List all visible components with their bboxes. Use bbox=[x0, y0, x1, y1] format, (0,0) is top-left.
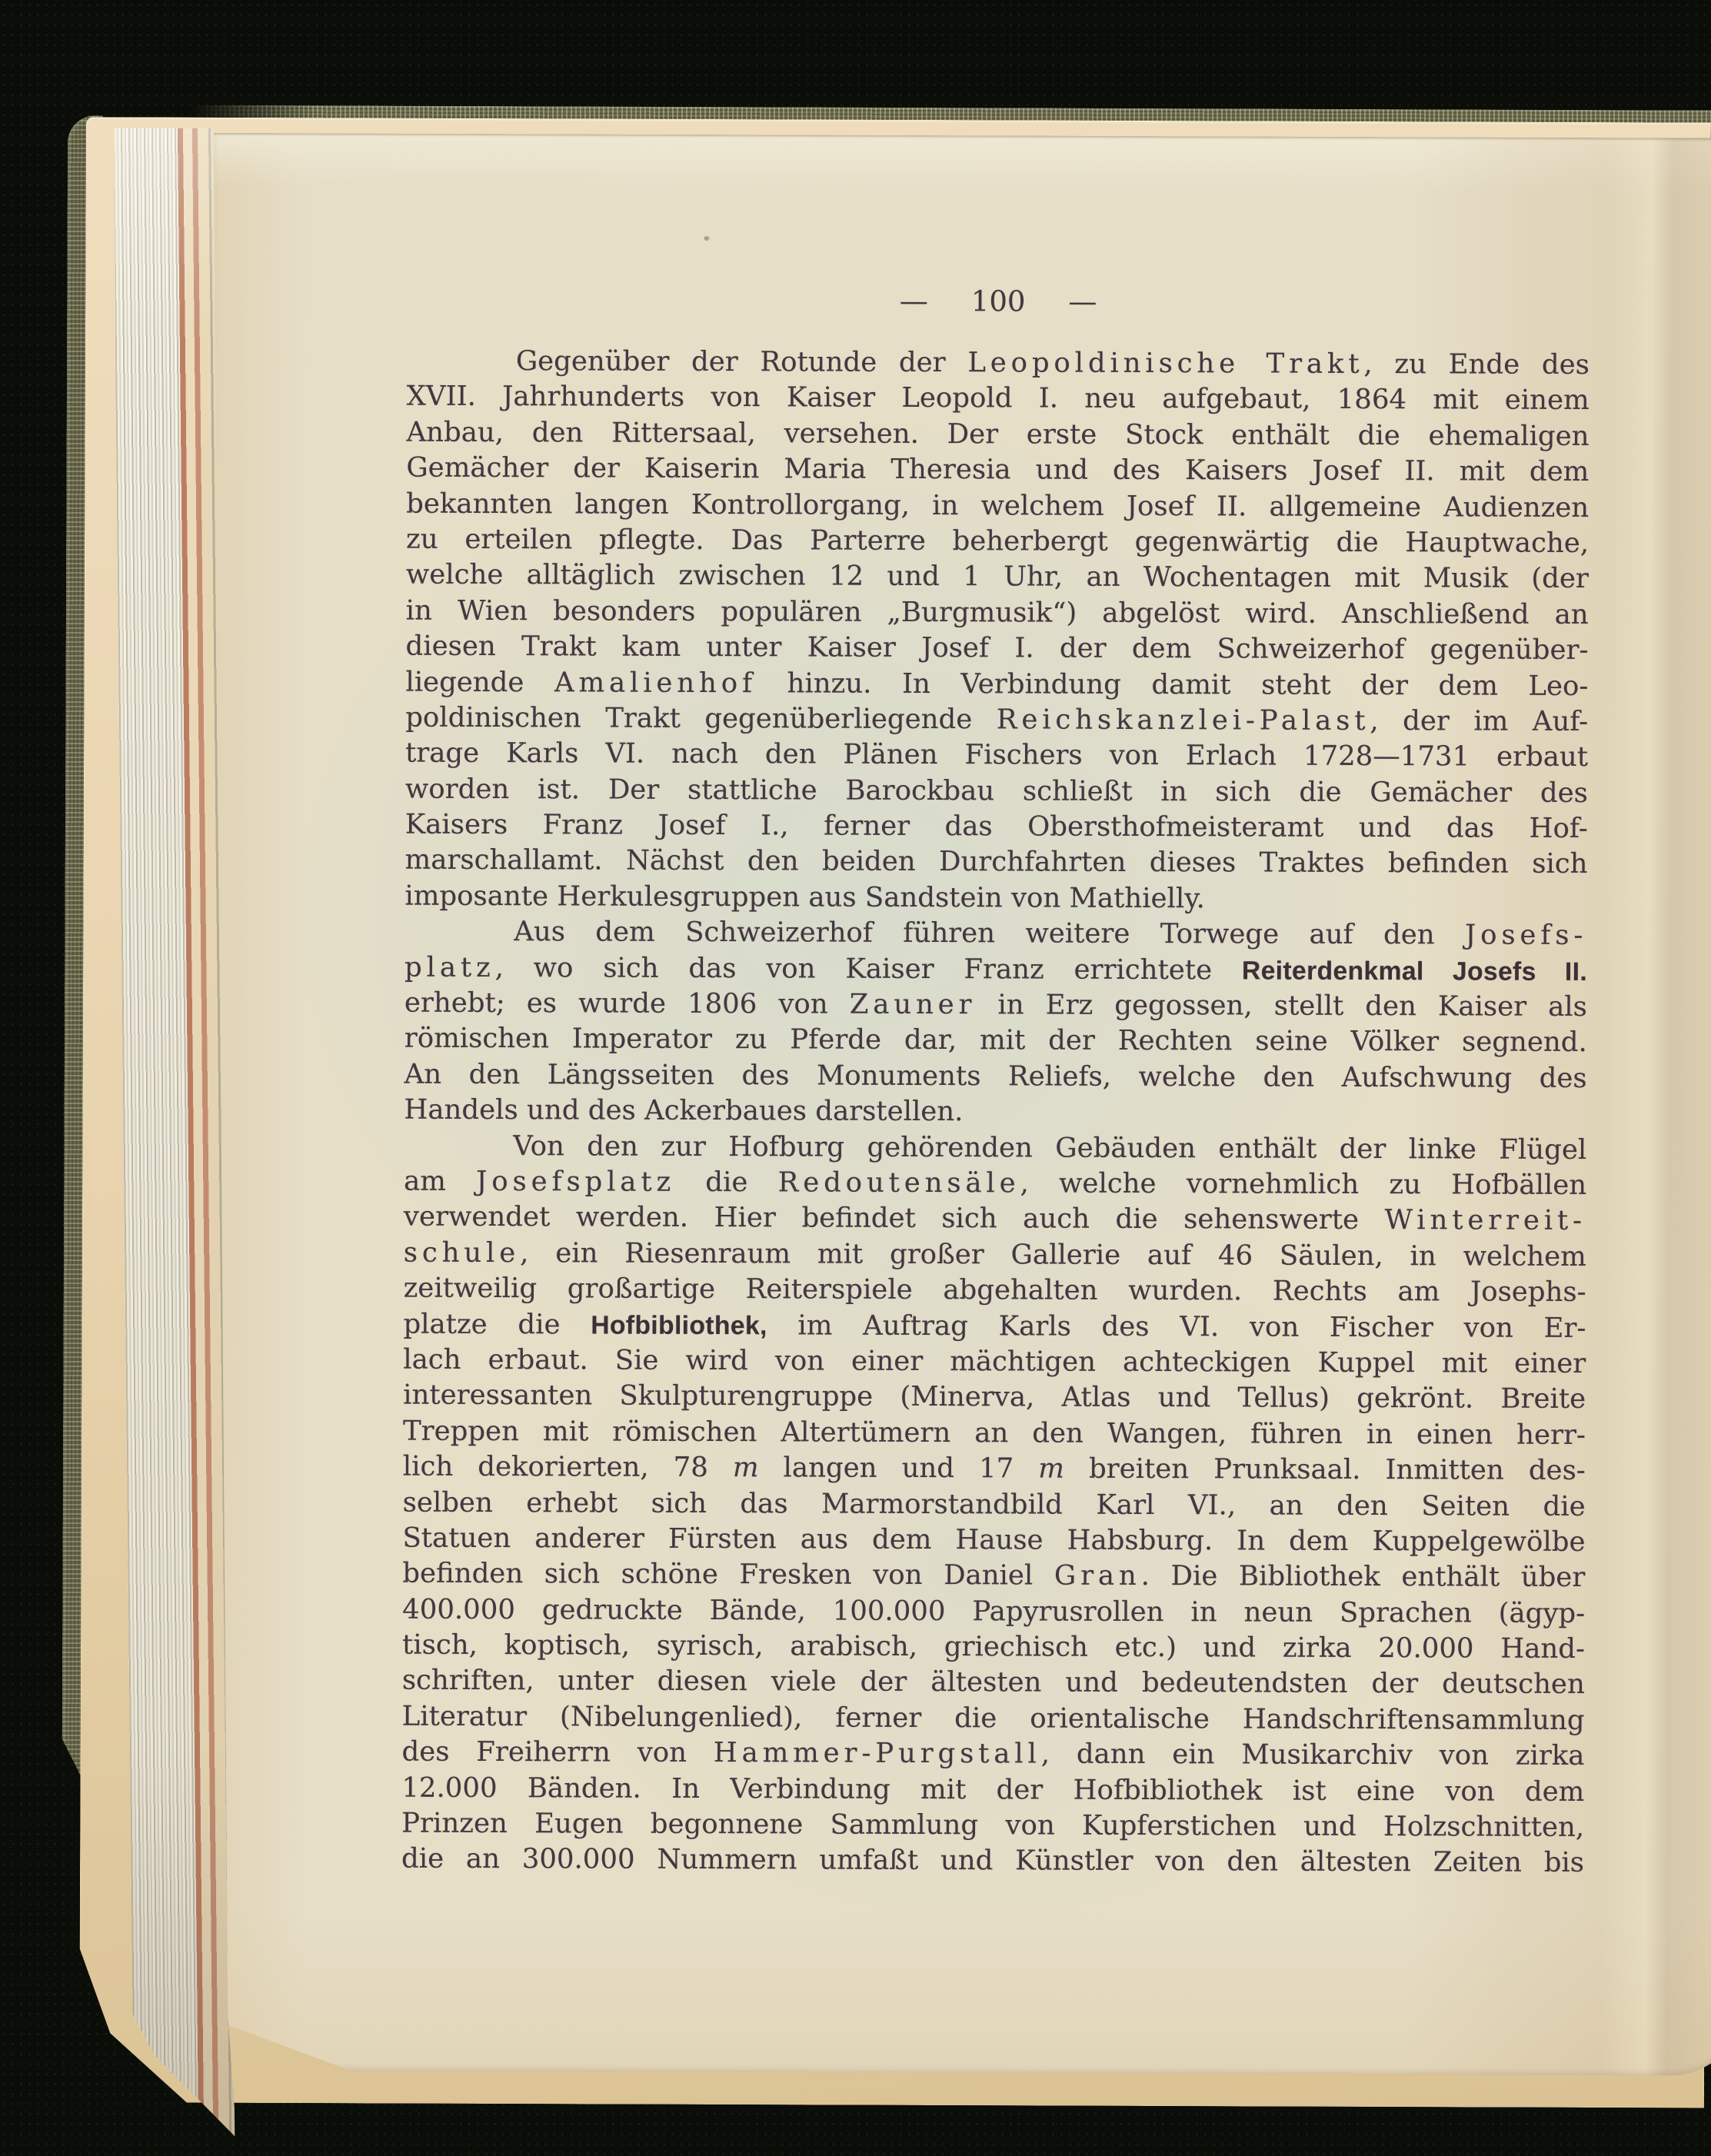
text-line: platze die Hofbibliothek, im Auftrag Kar… bbox=[403, 1306, 1586, 1346]
text-line: XVII. Jahrhunderts von Kaiser Leopold I.… bbox=[407, 379, 1589, 419]
text-line: zeitweilig großartige Reiterspiele abgeh… bbox=[404, 1271, 1586, 1311]
text-line: diesen Trakt kam unter Kaiser Josef I. d… bbox=[405, 629, 1588, 669]
page-number-dash-right: — bbox=[1068, 284, 1097, 318]
letterspaced-text: Zauner bbox=[850, 989, 977, 1021]
body-text: selben erhebt sich das Marmorstandbild K… bbox=[403, 1486, 1586, 1522]
text-line: Anbau, den Rittersaal, versehen. Der ers… bbox=[406, 414, 1589, 454]
body-text: des Freiherrn von bbox=[401, 1736, 713, 1768]
text-line: interessanten Skulpturengruppe (Minerva,… bbox=[403, 1378, 1586, 1418]
text-line: trage Karls VI. nach den Plänen Fischers… bbox=[405, 736, 1588, 776]
body-text: . Die Bibliothek enthält über bbox=[1141, 1560, 1586, 1593]
text-line: Gemächer der Kaiserin Maria Theresia und… bbox=[406, 451, 1589, 491]
page-number-dash-left: — bbox=[900, 284, 928, 317]
text-line: Kaisers Franz Josef I., ferner das Obers… bbox=[405, 807, 1588, 847]
body-text: XVII. Jahrhunderts von Kaiser Leopold I.… bbox=[407, 381, 1589, 416]
body-text: die bbox=[675, 1166, 778, 1198]
letterspaced-text: Winterreit- bbox=[1385, 1204, 1587, 1236]
text-body: Gegenüber der Rotunde der Leopoldinische… bbox=[401, 344, 1589, 1882]
text-line: schriften, unter diesen viele der ältest… bbox=[402, 1663, 1585, 1703]
text-line: erhebt; es wurde 1806 von Zauner in Erz … bbox=[404, 986, 1587, 1026]
body-text: worden ist. Der stattliche Barockbau sch… bbox=[405, 773, 1588, 808]
body-text: marschallamt. Nächst den beiden Durchfah… bbox=[405, 844, 1588, 880]
text-line: befinden sich schöne Fresken von Daniel … bbox=[402, 1556, 1585, 1596]
body-text: Gemächer der Kaiserin Maria Theresia und… bbox=[406, 452, 1589, 487]
text-line: liegende Amalienhof hinzu. In Verbindung… bbox=[405, 664, 1588, 704]
body-text: Handels und des Ackerbaues darstellen. bbox=[404, 1094, 963, 1128]
text-line: am Josefsplatz die Redoutensäle, welche … bbox=[404, 1164, 1586, 1204]
text-line: welche alltäglich zwischen 12 und 1 Uhr,… bbox=[406, 557, 1589, 597]
letterspaced-text: Amalienhof bbox=[554, 667, 757, 699]
text-line: tisch, koptisch, syrisch, arabisch, grie… bbox=[402, 1628, 1585, 1668]
body-text: schriften, unter diesen viele der ältest… bbox=[402, 1665, 1585, 1700]
body-text: , dann ein Musikarchiv von zirka bbox=[1041, 1738, 1585, 1772]
body-text: poldinischen Trakt gegenüberliegende bbox=[405, 702, 997, 736]
body-text: trage Karls VI. nach den Plänen Fischers… bbox=[405, 737, 1588, 773]
text-line: des Freiherrn von Hammer-Purgstall, dann… bbox=[401, 1735, 1584, 1775]
body-text: lich dekorierten, 78 bbox=[403, 1451, 733, 1483]
book-page: — 100 — Gegenüber der Rotunde der Leopol… bbox=[205, 133, 1711, 2076]
text-line: 12.000 Bänden. In Verbindung mit der Hof… bbox=[401, 1770, 1584, 1810]
letterspaced-text: Josefs- bbox=[1465, 920, 1587, 952]
body-text: verwendet werden. Hier befindet sich auc… bbox=[404, 1201, 1385, 1236]
text-line: Statuen anderer Fürsten aus dem Hause Ha… bbox=[402, 1521, 1585, 1561]
text-line: schule, ein Riesenraum mit großer Galler… bbox=[404, 1235, 1586, 1275]
text-line: die an 300.000 Nummern umfaßt und Künstl… bbox=[401, 1842, 1584, 1882]
bold-sans-text: Hofbibliothek, bbox=[591, 1310, 767, 1340]
text-line: Prinzen Eugen begonnene Sammlung von Kup… bbox=[401, 1806, 1584, 1846]
book: — 100 — Gegenüber der Rotunde der Leopol… bbox=[0, 0, 1711, 2156]
body-text: diesen Trakt kam unter Kaiser Josef I. d… bbox=[405, 630, 1588, 666]
text-line: Gegenüber der Rotunde der Leopoldinische… bbox=[407, 344, 1589, 384]
body-text: tisch, koptisch, syrisch, arabisch, grie… bbox=[402, 1629, 1585, 1665]
text-line: marschallamt. Nächst den beiden Durchfah… bbox=[405, 843, 1588, 883]
body-text: Prinzen Eugen begonnene Sammlung von Kup… bbox=[401, 1808, 1584, 1843]
text-line: lach erbaut. Sie wird von einer mächtige… bbox=[403, 1343, 1586, 1382]
letterspaced-text: Hammer-Purgstall bbox=[714, 1737, 1041, 1769]
body-text: am bbox=[404, 1166, 476, 1197]
body-text: langen und 17 bbox=[758, 1452, 1038, 1484]
italic-text: m bbox=[733, 1452, 759, 1483]
text-line: platz, wo sich das von Kaiser Franz erri… bbox=[404, 950, 1587, 990]
body-text: imposante Herkulesgruppen aus Sandstein … bbox=[404, 880, 1205, 914]
text-line: lich dekorierten, 78 m langen und 17 m b… bbox=[403, 1449, 1586, 1489]
italic-text: m bbox=[1038, 1453, 1064, 1485]
body-text: bekannten langen Kontrollorgang, in welc… bbox=[406, 487, 1589, 523]
body-text: Von den zur Hofburg gehörenden Gebäuden … bbox=[513, 1130, 1586, 1166]
body-text: Kaisers Franz Josef I., ferner das Obers… bbox=[405, 809, 1588, 844]
letterspaced-text: Josefsplatz bbox=[476, 1166, 675, 1198]
text-line: Handels und des Ackerbaues darstellen. bbox=[404, 1093, 1586, 1133]
text-line: poldinischen Trakt gegenüberliegende Rei… bbox=[405, 700, 1588, 740]
letterspaced-text: Redoutensäle bbox=[778, 1166, 1020, 1199]
letterspaced-text: Gran bbox=[1054, 1560, 1141, 1592]
letterspaced-text: schule bbox=[404, 1236, 520, 1269]
body-text: im Auftrag Karls des VI. von Fischer von… bbox=[767, 1309, 1586, 1344]
text-line: Aus dem Schweizerhof führen weitere Torw… bbox=[404, 914, 1587, 954]
page-number-row: — 100 — bbox=[407, 281, 1589, 321]
text-line: zu erteilen pflegte. Das Parterre beherb… bbox=[406, 522, 1589, 562]
text-line: verwendet werden. Hier befindet sich auc… bbox=[404, 1199, 1586, 1239]
body-text: breiten Prunksaal. Inmitten des- bbox=[1064, 1453, 1586, 1486]
body-text: hinzu. In Verbindung damit steht der dem… bbox=[757, 667, 1589, 702]
letterspaced-text: platz bbox=[404, 951, 495, 983]
body-text: , welche vornehmlich zu Hofbällen bbox=[1020, 1167, 1586, 1201]
bold-sans-text: Reiterdenkmal Josefs II. bbox=[1242, 956, 1587, 987]
paragraph: Gegenüber der Rotunde der Leopoldinische… bbox=[404, 344, 1589, 919]
body-text: römischen Imperator zu Pferde dar, mit d… bbox=[404, 1023, 1587, 1058]
text-line: An den Längsseiten des Monuments Reliefs… bbox=[404, 1056, 1587, 1096]
body-text: An den Längsseiten des Monuments Reliefs… bbox=[404, 1058, 1587, 1093]
text-line: Treppen mit römischen Altertümern an den… bbox=[403, 1413, 1586, 1453]
paragraph: Aus dem Schweizerhof führen weitere Torw… bbox=[404, 914, 1587, 1133]
body-text: , ein Riesenraum mit großer Gallerie auf… bbox=[520, 1237, 1586, 1273]
body-text: in Wien besonders populären „Burgmusik“)… bbox=[406, 594, 1589, 630]
body-text: die an 300.000 Nummern umfaßt und Künstl… bbox=[401, 1843, 1584, 1878]
body-text: Treppen mit römischen Altertümern an den… bbox=[403, 1415, 1586, 1450]
body-text: Gegenüber der Rotunde der bbox=[516, 345, 968, 378]
body-text: Anbau, den Rittersaal, versehen. Der ers… bbox=[406, 416, 1589, 451]
body-text: interessanten Skulpturengruppe (Minerva,… bbox=[403, 1379, 1586, 1415]
text-line: römischen Imperator zu Pferde dar, mit d… bbox=[404, 1021, 1587, 1061]
body-text: befinden sich schöne Fresken von Daniel bbox=[402, 1558, 1054, 1592]
body-text: Literatur (Nibelungenlied), ferner die o… bbox=[402, 1700, 1585, 1735]
body-text: , zu Ende des bbox=[1363, 348, 1589, 381]
text-line: worden ist. Der stattliche Barockbau sch… bbox=[405, 771, 1588, 811]
text-line: selben erhebt sich das Marmorstandbild K… bbox=[403, 1485, 1586, 1525]
body-text: liegende bbox=[405, 666, 554, 698]
body-text: Aus dem Schweizerhof führen weitere Torw… bbox=[514, 916, 1465, 950]
page-number: 100 bbox=[971, 284, 1026, 318]
body-text: platze die bbox=[403, 1308, 591, 1340]
body-text: welche alltäglich zwischen 12 und 1 Uhr,… bbox=[406, 559, 1589, 594]
text-line: Von den zur Hofburg gehörenden Gebäuden … bbox=[404, 1128, 1586, 1168]
body-text: 12.000 Bänden. In Verbindung mit der Hof… bbox=[401, 1772, 1584, 1807]
text-line: bekannten langen Kontrollorgang, in welc… bbox=[406, 486, 1589, 526]
letterspaced-text: Leopoldinische Trakt bbox=[967, 347, 1363, 380]
body-text: zu erteilen pflegte. Das Parterre beherb… bbox=[406, 524, 1589, 559]
body-text: 400.000 gedruckte Bände, 100.000 Papyrus… bbox=[402, 1593, 1585, 1629]
paper-speck bbox=[704, 236, 709, 241]
book-scan-photo: — 100 — Gegenüber der Rotunde der Leopol… bbox=[0, 0, 1711, 2156]
text-line: imposante Herkulesgruppen aus Sandstein … bbox=[404, 878, 1587, 918]
body-text: erhebt; es wurde 1806 von bbox=[404, 987, 850, 1020]
text-line: Literatur (Nibelungenlied), ferner die o… bbox=[402, 1699, 1585, 1738]
body-text: , der im Auf- bbox=[1370, 705, 1588, 737]
body-text: lach erbaut. Sie wird von einer mächtige… bbox=[403, 1344, 1586, 1379]
body-text: zeitweilig großartige Reiterspiele abgeh… bbox=[404, 1273, 1586, 1308]
body-text: in Erz gegossen, stellt den Kaiser als bbox=[976, 989, 1587, 1023]
paragraph: Von den zur Hofburg gehörenden Gebäuden … bbox=[401, 1128, 1586, 1882]
text-line: in Wien besonders populären „Burgmusik“)… bbox=[406, 593, 1589, 633]
body-text: , wo sich das von Kaiser Franz errichtet… bbox=[495, 952, 1242, 986]
body-text: Statuen anderer Fürsten aus dem Hause Ha… bbox=[402, 1522, 1585, 1558]
text-line: 400.000 gedruckte Bände, 100.000 Papyrus… bbox=[402, 1592, 1585, 1632]
letterspaced-text: Reichskanzlei-Palast bbox=[997, 704, 1370, 737]
